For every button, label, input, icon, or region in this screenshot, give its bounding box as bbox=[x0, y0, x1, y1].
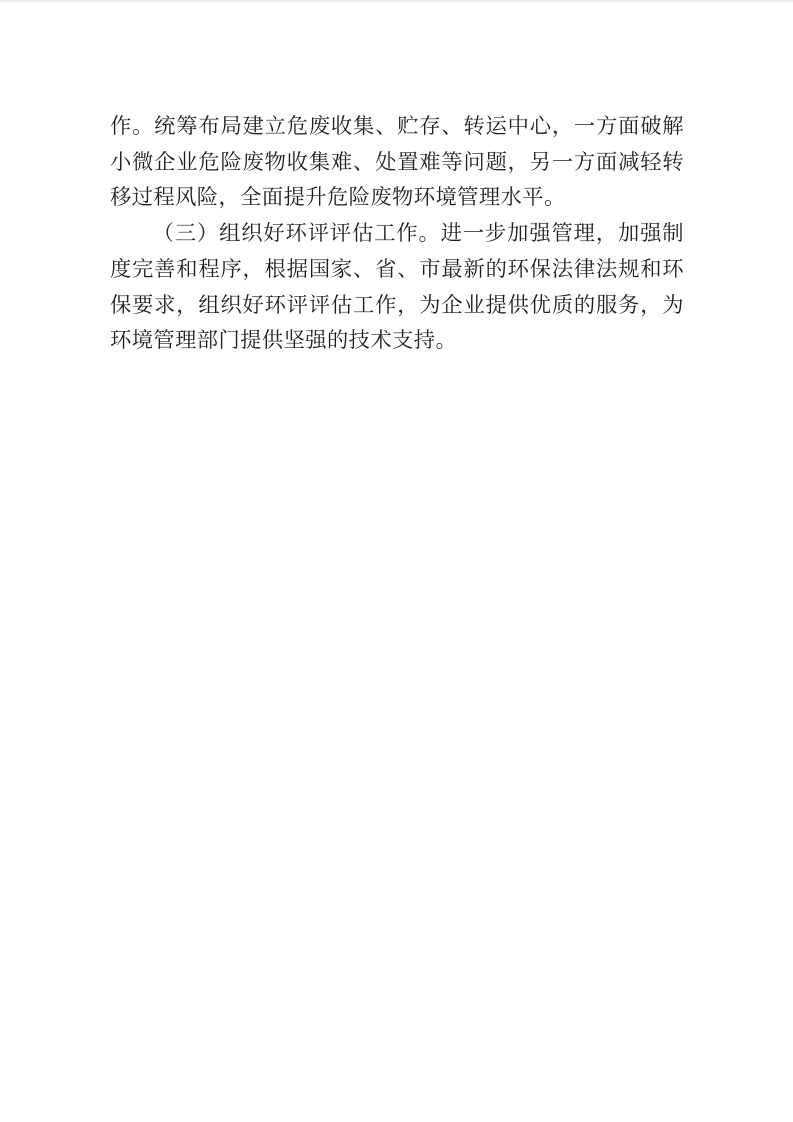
page-top-edge bbox=[0, 0, 793, 2]
document-body: 作。统筹布局建立危废收集、贮存、转运中心，一方面破解小微企业危险废物收集难、处置… bbox=[110, 109, 684, 359]
paragraph-section-three: （三）组织好环评评估工作。进一步加强管理，加强制度完善和程序，根据国家、省、市最… bbox=[110, 216, 684, 359]
document-page: 作。统筹布局建立危废收集、贮存、转运中心，一方面破解小微企业危险废物收集难、处置… bbox=[0, 0, 793, 1122]
paragraph-continuation: 作。统筹布局建立危废收集、贮存、转运中心，一方面破解小微企业危险废物收集难、处置… bbox=[110, 109, 684, 216]
